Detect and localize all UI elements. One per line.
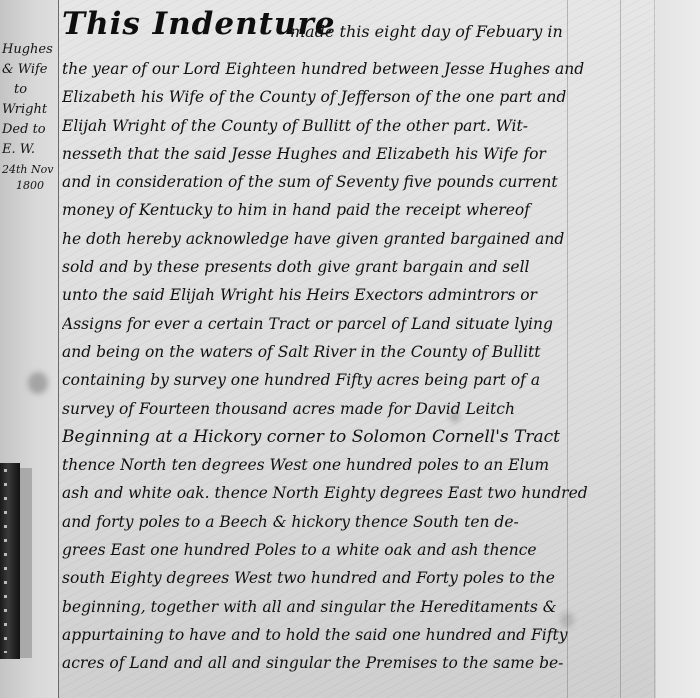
text-line: the year of our Lord Eighteen hundred be… xyxy=(62,55,682,83)
text-line: containing by survey one hundred Fifty a… xyxy=(62,366,682,394)
text-line: he doth hereby acknowledge have given gr… xyxy=(62,225,682,253)
text-line: and in consideration of the sum of Seven… xyxy=(62,168,682,196)
text-line: acres of Land and all and singular the P… xyxy=(62,649,682,677)
margin-rule-line xyxy=(58,0,59,698)
deed-body: the year of our Lord Eighteen hundred be… xyxy=(62,55,682,678)
margin-note-line: 24th Nov xyxy=(2,160,56,180)
margin-note-line: Wright xyxy=(2,100,56,120)
text-line: and being on the waters of Salt River in… xyxy=(62,338,682,366)
text-line: appurtaining to have and to hold the sai… xyxy=(62,621,682,649)
margin-note-line: to xyxy=(2,80,56,100)
text-line: Assigns for ever a certain Tract or parc… xyxy=(62,310,682,338)
margin-annotation: Hughes & Wife to Wright Ded to E. W. 24t… xyxy=(2,40,56,192)
text-line: sold and by these presents doth give gra… xyxy=(62,253,682,281)
text-line: survey of Fourteen thousand acres made f… xyxy=(62,395,682,423)
deed-page: Hughes & Wife to Wright Ded to E. W. 24t… xyxy=(0,0,700,698)
text-line: Beginning at a Hickory corner to Solomon… xyxy=(62,423,682,451)
text-line: and forty poles to a Beech & hickory the… xyxy=(62,508,682,536)
binding-shadow xyxy=(20,468,32,658)
margin-note-line: Hughes xyxy=(2,40,56,60)
margin-note-line: 1800 xyxy=(2,180,56,192)
text-line: Elijah Wright of the County of Bullitt o… xyxy=(62,112,682,140)
text-line: south Eighty degrees West two hundred an… xyxy=(62,564,682,592)
text-line: nesseth that the said Jesse Hughes and E… xyxy=(62,140,682,168)
binding-clip xyxy=(0,463,20,659)
margin-note-line: Ded to xyxy=(2,120,56,140)
margin-note-line: & Wife xyxy=(2,60,56,80)
ink-smudge xyxy=(28,372,48,394)
text-line: unto the said Elijah Wright his Heirs Ex… xyxy=(62,281,682,309)
text-line: ash and white oak. thence North Eighty d… xyxy=(62,479,682,507)
margin-note-line: E. W. xyxy=(2,140,56,160)
text-line: money of Kentucky to him in hand paid th… xyxy=(62,196,682,224)
text-line: Elizabeth his Wife of the County of Jeff… xyxy=(62,83,682,111)
heading-continuation: made this eight day of Febuary in xyxy=(290,22,563,41)
text-line: grees East one hundred Poles to a white … xyxy=(62,536,682,564)
text-line: thence North ten degrees West one hundre… xyxy=(62,451,682,479)
text-line: beginning, together with all and singula… xyxy=(62,593,682,621)
